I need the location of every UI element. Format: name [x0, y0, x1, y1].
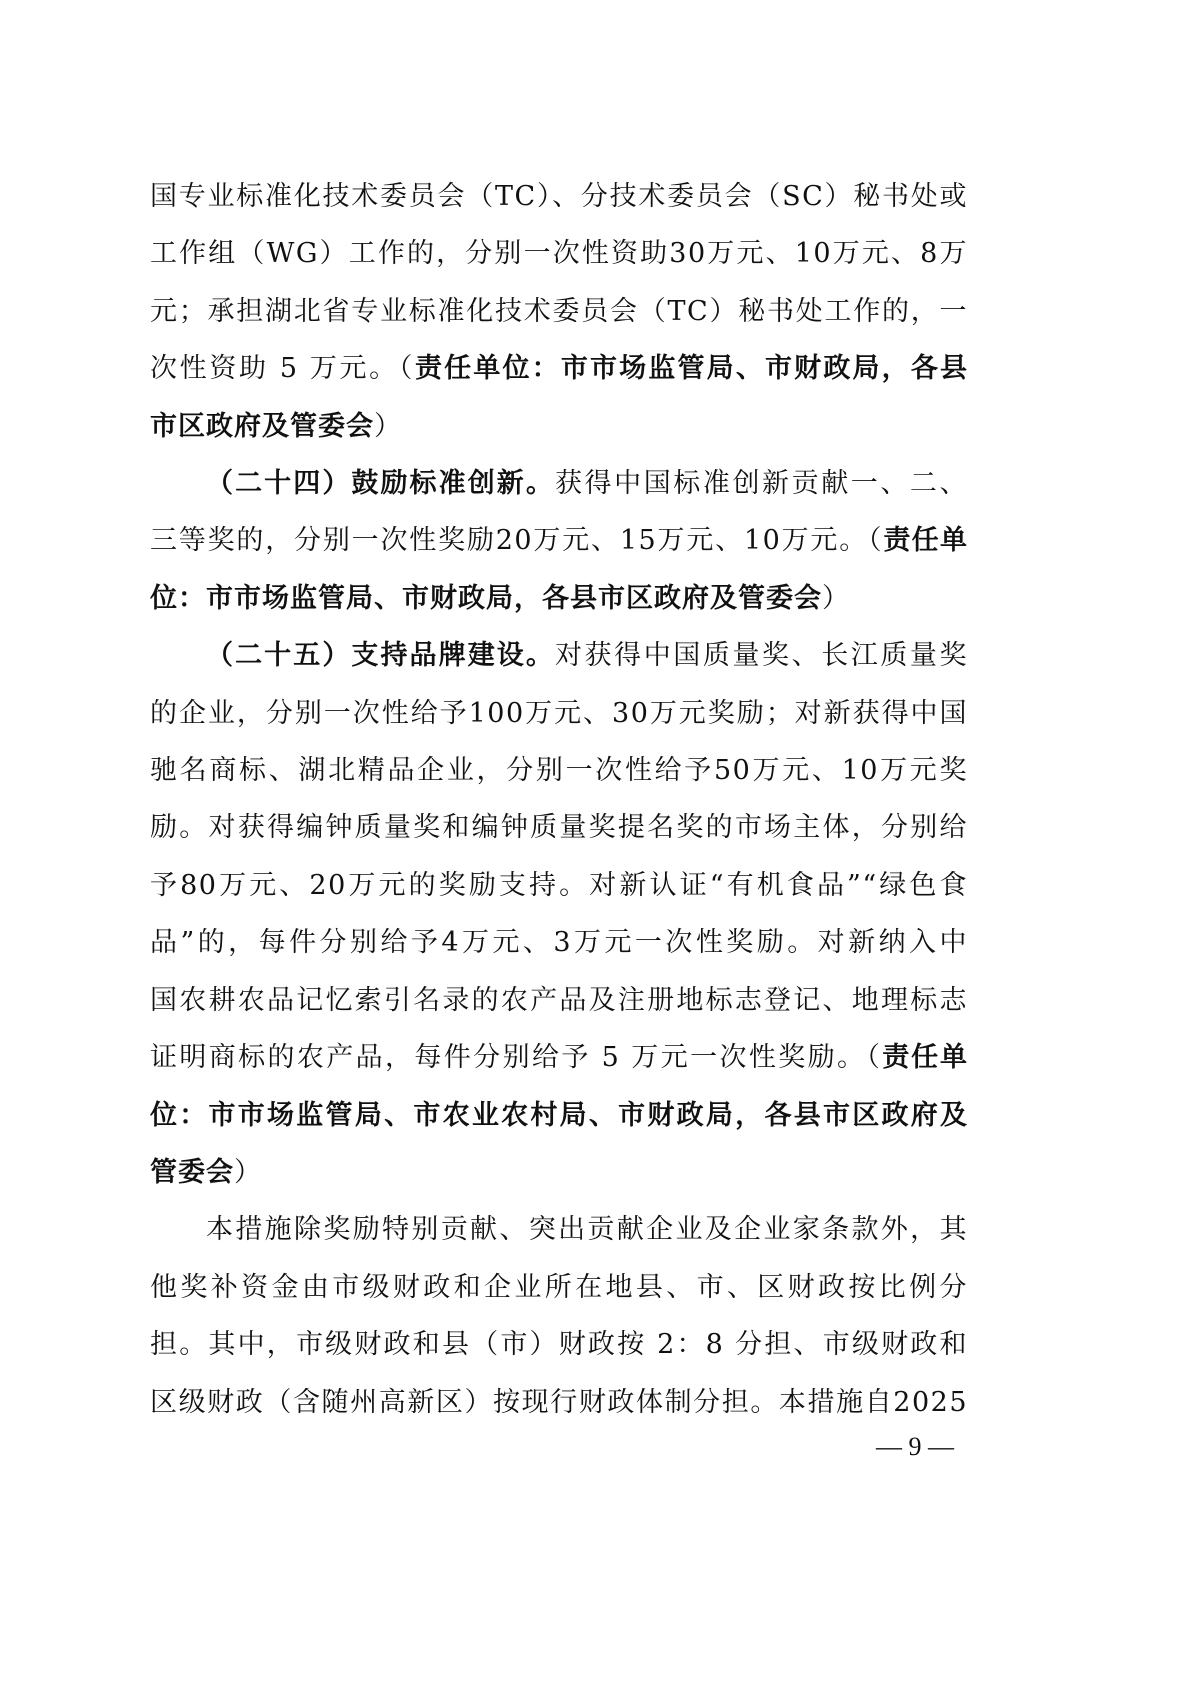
text-segment: ） — [234, 1157, 263, 1188]
text-segment: 获得中国标准创新贡献一、二、 — [555, 468, 968, 499]
bold-text-segment: （二十四）鼓励标准创新。 — [206, 468, 555, 499]
text-segment: 驰名商标、湖北精品企业，分别一次性给予50万元、10万元奖 — [150, 755, 968, 786]
text-line: 品”的，每件分别给予4万元、3万元一次性奖励。对新纳入中 — [150, 914, 968, 971]
bold-text-segment: 责任单 — [882, 1042, 968, 1073]
text-line: 他奖补资金由市级财政和企业所在地县、市、区财政按比例分 — [150, 1259, 968, 1316]
text-line: 位：市市场监管局、市农业农村局、市财政局，各县市区政府及 — [150, 1087, 968, 1144]
text-segment: 他奖补资金由市级财政和企业所在地县、市、区财政按比例分 — [150, 1272, 968, 1303]
document-body: 国专业标准化技术委员会（TC）、分技术委员会（SC）秘书处或工作组（WG）工作的… — [150, 168, 968, 1431]
text-segment: 品”的，每件分别给予4万元、3万元一次性奖励。对新纳入中 — [150, 927, 968, 958]
text-line: 担。其中，市级财政和县（市）财政按 2：8 分担、市级财政和 — [150, 1316, 968, 1373]
text-segment: ） — [374, 411, 403, 442]
text-segment: ） — [822, 583, 851, 614]
text-segment: 证明商标的农产品，每件分别给予 5 万元一次性奖励。（ — [150, 1042, 882, 1073]
text-segment: 区级财政（含随州高新区）按现行财政体制分担。本措施自2025 — [150, 1387, 968, 1418]
text-line: （二十四）鼓励标准创新。获得中国标准创新贡献一、二、 — [150, 455, 968, 512]
text-segment: 工作组（WG）工作的，分别一次性资助30万元、10万元、8万 — [150, 238, 968, 269]
bold-text-segment: 位：市市场监管局、市财政局，各县市区政府及管委会 — [150, 583, 822, 614]
text-line: 励。对获得编钟质量奖和编钟质量奖提名奖的市场主体，分别给 — [150, 799, 968, 856]
bold-text-segment: 市区政府及管委会 — [150, 411, 374, 442]
text-line: 国专业标准化技术委员会（TC）、分技术委员会（SC）秘书处或 — [150, 168, 968, 225]
text-line: 区级财政（含随州高新区）按现行财政体制分担。本措施自2025 — [150, 1374, 968, 1431]
text-segment: 国农耕农品记忆索引名录的农产品及注册地标志登记、地理标志 — [150, 985, 968, 1016]
bold-text-segment: 位：市市场监管局、市农业农村局、市财政局，各县市区政府及 — [150, 1100, 968, 1131]
text-segment: 励。对获得编钟质量奖和编钟质量奖提名奖的市场主体，分别给 — [150, 812, 968, 843]
text-line: 管委会） — [150, 1144, 968, 1201]
text-segment: 的企业，分别一次性给予100万元、30万元奖励；对新获得中国 — [150, 698, 968, 729]
bold-text-segment: （二十五）支持品牌建设。 — [206, 640, 555, 671]
text-line: 三等奖的，分别一次性奖励20万元、15万元、10万元。（责任单 — [150, 512, 968, 569]
text-line: （二十五）支持品牌建设。对获得中国质量奖、长江质量奖 — [150, 627, 968, 684]
text-line: 驰名商标、湖北精品企业，分别一次性给予50万元、10万元奖 — [150, 742, 968, 799]
text-line: 本措施除奖励特别贡献、突出贡献企业及企业家条款外，其 — [150, 1201, 968, 1258]
bold-text-segment: 管委会 — [150, 1157, 234, 1188]
text-segment: 三等奖的，分别一次性奖励20万元、15万元、10万元。（ — [150, 525, 883, 556]
text-line: 予80万元、20万元的奖励支持。对新认证“有机食品”“绿色食 — [150, 857, 968, 914]
text-line: 工作组（WG）工作的，分别一次性资助30万元、10万元、8万 — [150, 225, 968, 282]
text-segment: 对获得中国质量奖、长江质量奖 — [555, 640, 968, 671]
text-segment: 元；承担湖北省专业标准化技术委员会（TC）秘书处工作的，一 — [150, 296, 968, 327]
bold-text-segment: 责任单位：市市场监管局、市财政局，各县 — [415, 353, 968, 384]
document-page: 国专业标准化技术委员会（TC）、分技术委员会（SC）秘书处或工作组（WG）工作的… — [0, 0, 1191, 1684]
text-line: 元；承担湖北省专业标准化技术委员会（TC）秘书处工作的，一 — [150, 283, 968, 340]
text-line: 的企业，分别一次性给予100万元、30万元奖励；对新获得中国 — [150, 685, 968, 742]
text-line: 证明商标的农产品，每件分别给予 5 万元一次性奖励。（责任单 — [150, 1029, 968, 1086]
text-line: 位：市市场监管局、市财政局，各县市区政府及管委会） — [150, 570, 968, 627]
text-segment: 予80万元、20万元的奖励支持。对新认证“有机食品”“绿色食 — [150, 870, 968, 901]
text-segment: 本措施除奖励特别贡献、突出贡献企业及企业家条款外，其 — [206, 1214, 968, 1245]
text-line: 国农耕农品记忆索引名录的农产品及注册地标志登记、地理标志 — [150, 972, 968, 1029]
text-line: 市区政府及管委会） — [150, 398, 968, 455]
text-segment: 次性资助 5 万元。（ — [150, 353, 415, 384]
text-segment: 国专业标准化技术委员会（TC）、分技术委员会（SC）秘书处或 — [150, 181, 968, 212]
text-segment: 担。其中，市级财政和县（市）财政按 2：8 分担、市级财政和 — [150, 1329, 968, 1360]
page-number: — 9 — — [860, 1432, 970, 1462]
bold-text-segment: 责任单 — [883, 525, 968, 556]
text-line: 次性资助 5 万元。（责任单位：市市场监管局、市财政局，各县 — [150, 340, 968, 397]
